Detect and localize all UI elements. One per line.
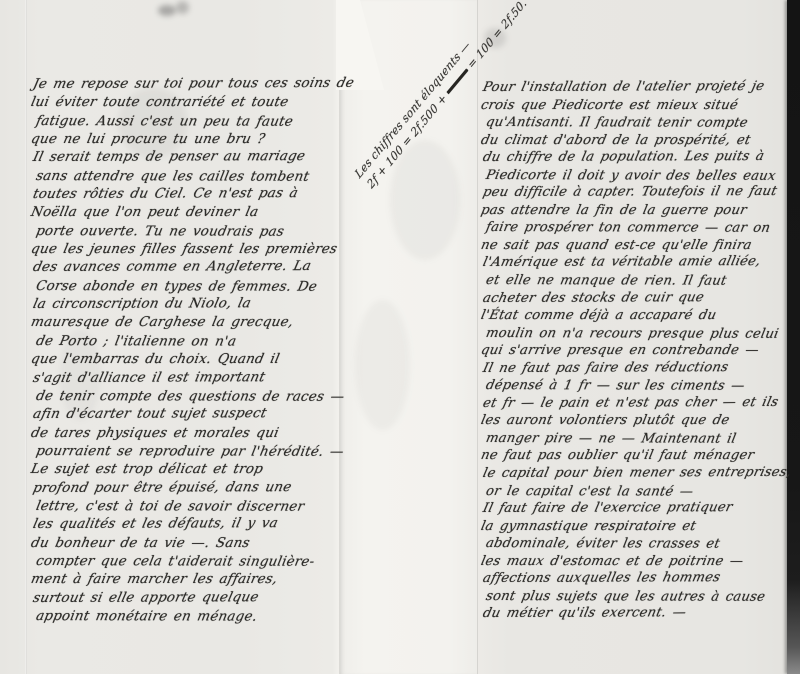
left-page-handwriting: Je me repose sur toi pour tous ces soins… <box>31 76 337 626</box>
handwritten-line: afin d'écarter tout sujet suspect <box>31 405 339 424</box>
handwritten-line: Il serait temps de penser au mariage <box>31 148 339 167</box>
handwritten-line: Le sujet est trop délicat et trop <box>29 461 339 479</box>
handwritten-line: Il ne faut pas faire des réductions <box>481 359 787 378</box>
handwritten-line: pourraient se reproduire par l'hérédité.… <box>34 443 338 462</box>
handwritten-line: profond pour être épuisé, dans une <box>31 479 339 498</box>
ink-smudge <box>176 1 189 14</box>
handwritten-line: l'État comme déjà a accaparé du <box>479 307 787 325</box>
handwritten-line: de tares physiques et morales qui <box>29 425 339 443</box>
right-page-handwriting: Pour l'installation de l'atelier projeté… <box>481 79 785 623</box>
handwritten-line: abdominale, éviter les crasses et <box>484 535 786 553</box>
handwritten-line: fatigue. Aussi c'est un peu ta faute <box>34 113 338 132</box>
handwritten-line: du climat d'abord de la prospérité, et <box>479 132 787 150</box>
handwritten-line: crois que Piedicorte est mieux situé <box>479 97 787 115</box>
handwritten-line: et elle ne manque de rien. Il faut <box>484 272 786 290</box>
handwritten-line: l'Amérique est ta véritable amie alliée, <box>481 253 787 272</box>
handwritten-line: surtout si elle apporte quelque <box>31 589 339 608</box>
handwritten-line: les qualités et les défauts, il y va <box>31 515 339 534</box>
left-page-crease <box>25 0 27 674</box>
handwritten-line: du métier qu'ils exercent. — <box>481 604 787 623</box>
handwritten-line: manger pire — ne — Maintenant il <box>484 430 786 448</box>
handwritten-line: le capital pour bien mener ses entrepris… <box>481 464 787 483</box>
handwritten-line: et fr — le pain et n'est pas cher — et i… <box>481 394 787 413</box>
handwritten-line: ne faut pas oublier qu'il faut ménager <box>479 447 787 465</box>
handwritten-line: qu'Antisanti. Il faudrait tenir compte <box>484 114 786 132</box>
scan-dark-edge <box>787 0 800 674</box>
handwritten-line: Noëlla que l'on peut deviner la <box>29 204 339 222</box>
handwritten-line: s'agit d'alliance il est important <box>31 368 339 387</box>
handwritten-line: porte ouverte. Tu ne voudrais pas <box>34 223 338 242</box>
handwritten-line: moulin on n'a recours presque plus celui <box>484 325 786 343</box>
handwritten-line: compter que cela t'aiderait singulière- <box>34 553 338 572</box>
handwritten-line: lui éviter toute contrariété et toute <box>29 94 339 112</box>
handwritten-line: ment à faire marcher les affaires, <box>29 571 339 589</box>
handwritten-line: les maux d'estomac et de poitrine — <box>479 553 787 571</box>
handwritten-line: dépensé à 1 fr — sur les ciments — <box>484 377 786 395</box>
handwritten-line: des avances comme en Angleterre. La <box>31 258 339 277</box>
handwritten-line: que ne lui procure tu une bru ? <box>29 131 339 149</box>
show-through-stain <box>355 300 410 430</box>
handwritten-line: la circonscription du Niolo, la <box>31 295 339 314</box>
handwritten-line: peu difficile à capter. Toutefois il ne … <box>481 183 787 202</box>
handwritten-line: que l'embarras du choix. Quand il <box>29 351 339 369</box>
handwritten-line: la gymnastique respiratoire et <box>479 518 787 536</box>
handwritten-line: Pour l'installation de l'atelier projeté… <box>481 78 787 97</box>
handwritten-line: affections auxquelles les hommes <box>481 569 787 588</box>
handwritten-line: appoint monétaire en ménage. <box>34 608 338 627</box>
handwritten-line: faire prospérer ton commerce — car on <box>484 219 786 237</box>
handwritten-line: sans attendre que les cailles tombent <box>34 168 338 187</box>
handwritten-line: Il faut faire de l'exercice pratiquer <box>481 499 787 518</box>
handwritten-line: acheter des stocks de cuir que <box>481 289 787 308</box>
handwritten-line: de Porto ; l'italienne on n'a <box>34 333 338 352</box>
handwritten-line: Je me repose sur toi pour tous ces soins… <box>31 75 339 94</box>
handwritten-line: du chiffre de la population. Les puits à <box>481 148 787 167</box>
handwritten-line: les auront volontiers plutôt que de <box>479 412 787 430</box>
manuscript-scan: Je me repose sur toi pour tous ces soins… <box>0 0 800 674</box>
handwritten-line: du bonheur de ta vie —. Sans <box>29 535 339 553</box>
ink-smudge <box>158 5 176 16</box>
handwritten-line: mauresque de Carghese la grecque, <box>29 314 339 332</box>
handwritten-line: que les jeunes filles fassent les premiè… <box>29 241 339 259</box>
handwritten-line: qui s'arrive presque en contrebande — <box>479 342 787 360</box>
handwritten-line: toutes rôties du Ciel. Ce n'est pas à <box>31 185 339 204</box>
handwritten-line: de tenir compte des questions de races — <box>34 388 338 407</box>
handwritten-line: pas attendre la fin de la guerre pour <box>479 202 787 220</box>
handwritten-line: ne sait pas quand est-ce qu'elle finira <box>479 237 787 255</box>
handwritten-line: Corse abonde en types de femmes. De <box>34 278 338 297</box>
